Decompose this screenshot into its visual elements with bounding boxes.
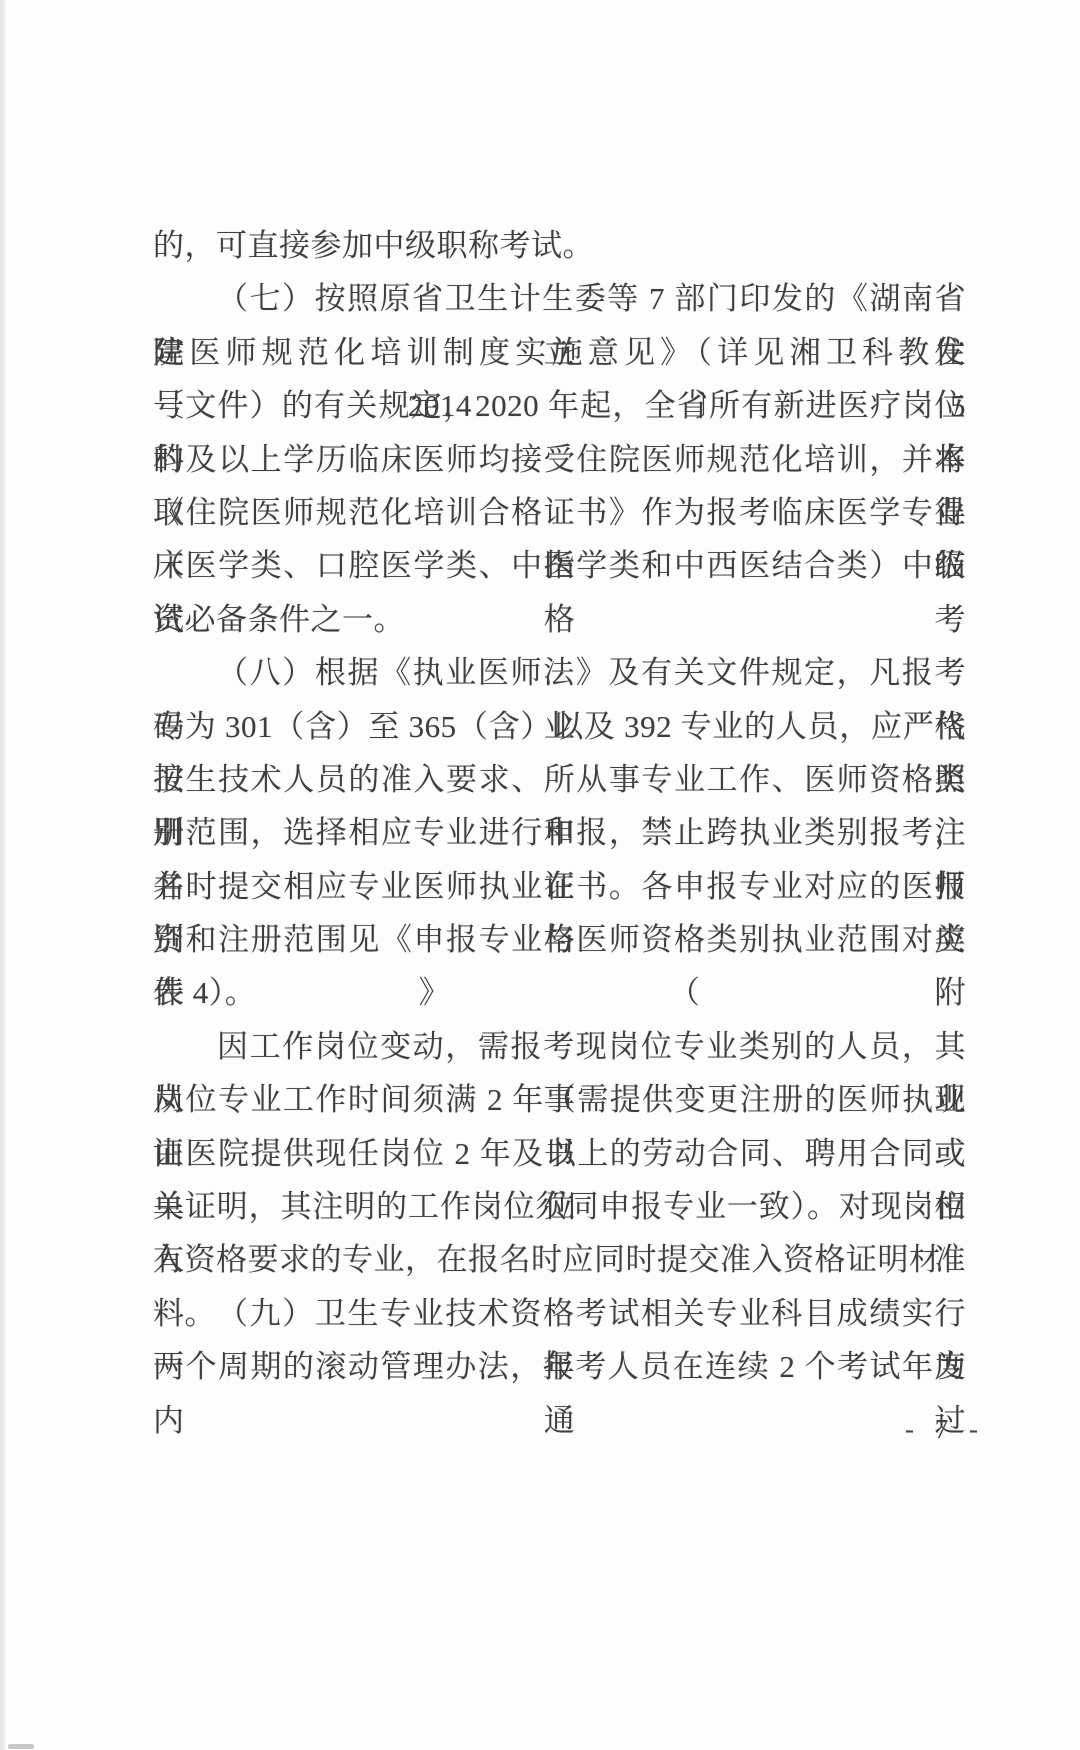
text-line: 院医师规范化培训制度实施意见》（详见湘卫科教发〔2014〕5 [153, 326, 966, 379]
text-line: 的，可直接参加中级职称考试。 [153, 219, 966, 272]
text-line: （八）根据《执业医师法》及有关文件规定，凡报考专业代 [153, 646, 966, 699]
scan-artifact [8, 1744, 34, 1749]
page-number: - 7 - [700, 1408, 985, 1450]
text-line: 由医院提供现任岗位 2 年及以上的劳动合同、聘用合同或单位相 [153, 1127, 966, 1180]
text-line: 《住院医师规范化培训合格证书》作为报考临床医学专业（指临 [153, 486, 966, 539]
text-line: （七）按照原省卫生计生委等 7 部门印发的《湖南省建立住 [153, 272, 966, 325]
scan-edge-shadow [0, 0, 6, 1750]
text-line: 因工作岗位变动，需报考现岗位专业类别的人员，其从事现 [153, 1020, 966, 1073]
document-body-text: 的，可直接参加中级职称考试。（七）按照原省卫生计生委等 7 部门印发的《湖南省建… [153, 219, 966, 1394]
text-line: 岗位专业工作时间须满 2 年（需提供变更注册的医师执业证书或 [153, 1073, 966, 1126]
text-line: 床医学类、口腔医学类、中医学类和中西医结合类）中级资格考 [153, 539, 966, 592]
text-line: 号文件）的有关规定，2020 年起，全省所有新进医疗岗位的本 [153, 379, 966, 432]
text-line: 码为 301（含）至 365（含）以及 392 专业的人员，应严格按照 [153, 700, 966, 753]
text-line: 入资格要求的专业，在报名时应同时提交准入资格证明材料。 [153, 1233, 966, 1286]
text-line: 关证明，其注明的工作岗位须同申报专业一致）。对现岗位有准 [153, 1180, 966, 1233]
text-line: 卫生技术人员的准入要求、所从事专业工作、医师资格类别和注 [153, 753, 966, 806]
text-line: （九）卫生专业技术资格考试相关专业科目成绩实行两年为 [153, 1287, 966, 1340]
text-line: 册范围，选择相应专业进行申报，禁止跨执业类别报考，并在报 [153, 806, 966, 859]
text-line: 一个周期的滚动管理办法，报考人员在连续 2 个考试年度内通过 [153, 1340, 966, 1393]
text-line: 名时提交相应专业医师执业证书。各申报专业对应的医师资格类 [153, 860, 966, 913]
text-line: 科及以上学历临床医师均接受住院医师规范化培训，并将取得 [153, 433, 966, 486]
scanned-document-page: 的，可直接参加中级职称考试。（七）按照原省卫生计生委等 7 部门印发的《湖南省建… [0, 0, 1080, 1750]
text-line: 别和注册范围见《申报专业与医师资格类别执业范围对应表》（附 [153, 913, 966, 966]
